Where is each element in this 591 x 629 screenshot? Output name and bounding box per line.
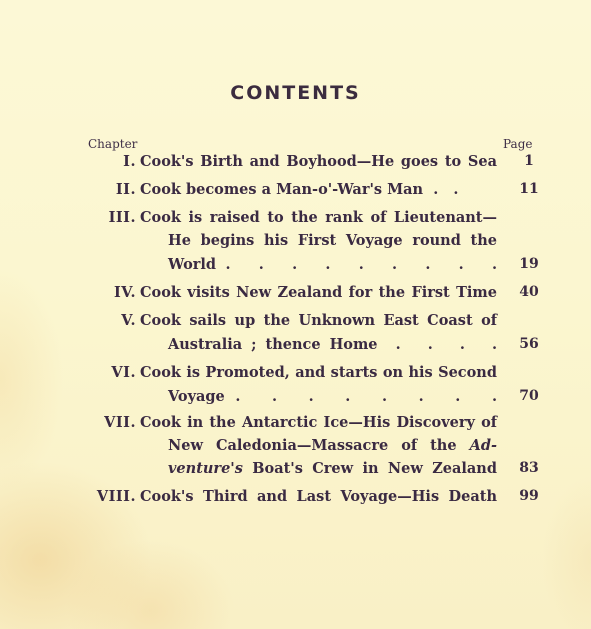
- page-number: 11: [514, 178, 544, 202]
- page-column-header: Page: [503, 137, 532, 151]
- chapter-title-line: venture's Boat's Crew in New Zealand: [168, 457, 497, 481]
- chapter-numeral: VIII.: [0, 485, 136, 509]
- chapter-numeral: VI.: [0, 361, 136, 385]
- page-number: 70: [514, 385, 544, 409]
- chapter-numeral: VII.: [0, 411, 136, 435]
- chapter-title-line: Cook sails up the Unknown East Coast of: [140, 309, 497, 333]
- chapter-title-line: Cook visits New Zealand for the First Ti…: [140, 281, 497, 305]
- page-number: 40: [514, 281, 544, 305]
- chapter-title-line: World . . . . . . . . .: [168, 253, 497, 277]
- page-number: 56: [514, 333, 544, 357]
- page-number: 83: [514, 457, 544, 481]
- chapter-numeral: III.: [0, 206, 136, 230]
- italic-ship-name-fragment: venture's: [168, 460, 243, 477]
- page-number: 99: [514, 485, 544, 509]
- chapter-numeral: IV.: [0, 281, 136, 305]
- chapter-title-line: Cook becomes a Man-o'-War's Man . .: [140, 178, 497, 202]
- page-number: 1: [514, 150, 544, 174]
- chapter-title-line: New Caledonia—Massacre of the Ad-: [168, 434, 497, 458]
- page-title: CONTENTS: [0, 82, 591, 104]
- book-page: CONTENTS Chapter Page I. Cook's Birth an…: [0, 0, 591, 629]
- chapter-title-line: Australia ; thence Home . . . .: [168, 333, 497, 357]
- chapter-title-line: Cook is raised to the rank of Lieutenant…: [140, 206, 497, 230]
- title-fragment: New Caledonia—Massacre of the: [168, 437, 457, 454]
- chapter-title-line: Cook is Promoted, and starts on his Seco…: [140, 361, 497, 385]
- chapter-title-line: Cook's Birth and Boyhood—He goes to Sea: [140, 150, 497, 174]
- chapter-title-line: Cook in the Antarctic Ice—His Discovery …: [140, 411, 497, 435]
- chapter-title-line: Voyage . . . . . . . .: [168, 385, 497, 409]
- chapter-title-line: He begins his First Voyage round the: [168, 229, 497, 253]
- chapter-title-line: Cook's Third and Last Voyage—His Death: [140, 485, 497, 509]
- chapter-numeral: V.: [0, 309, 136, 333]
- title-fragment: Boat's Crew in New Zealand: [252, 460, 497, 477]
- page-number: 19: [514, 253, 544, 277]
- chapter-numeral: II.: [0, 178, 136, 202]
- italic-ship-name-fragment: Ad-: [470, 437, 497, 454]
- chapter-column-header: Chapter: [88, 137, 137, 151]
- chapter-numeral: I.: [0, 150, 136, 174]
